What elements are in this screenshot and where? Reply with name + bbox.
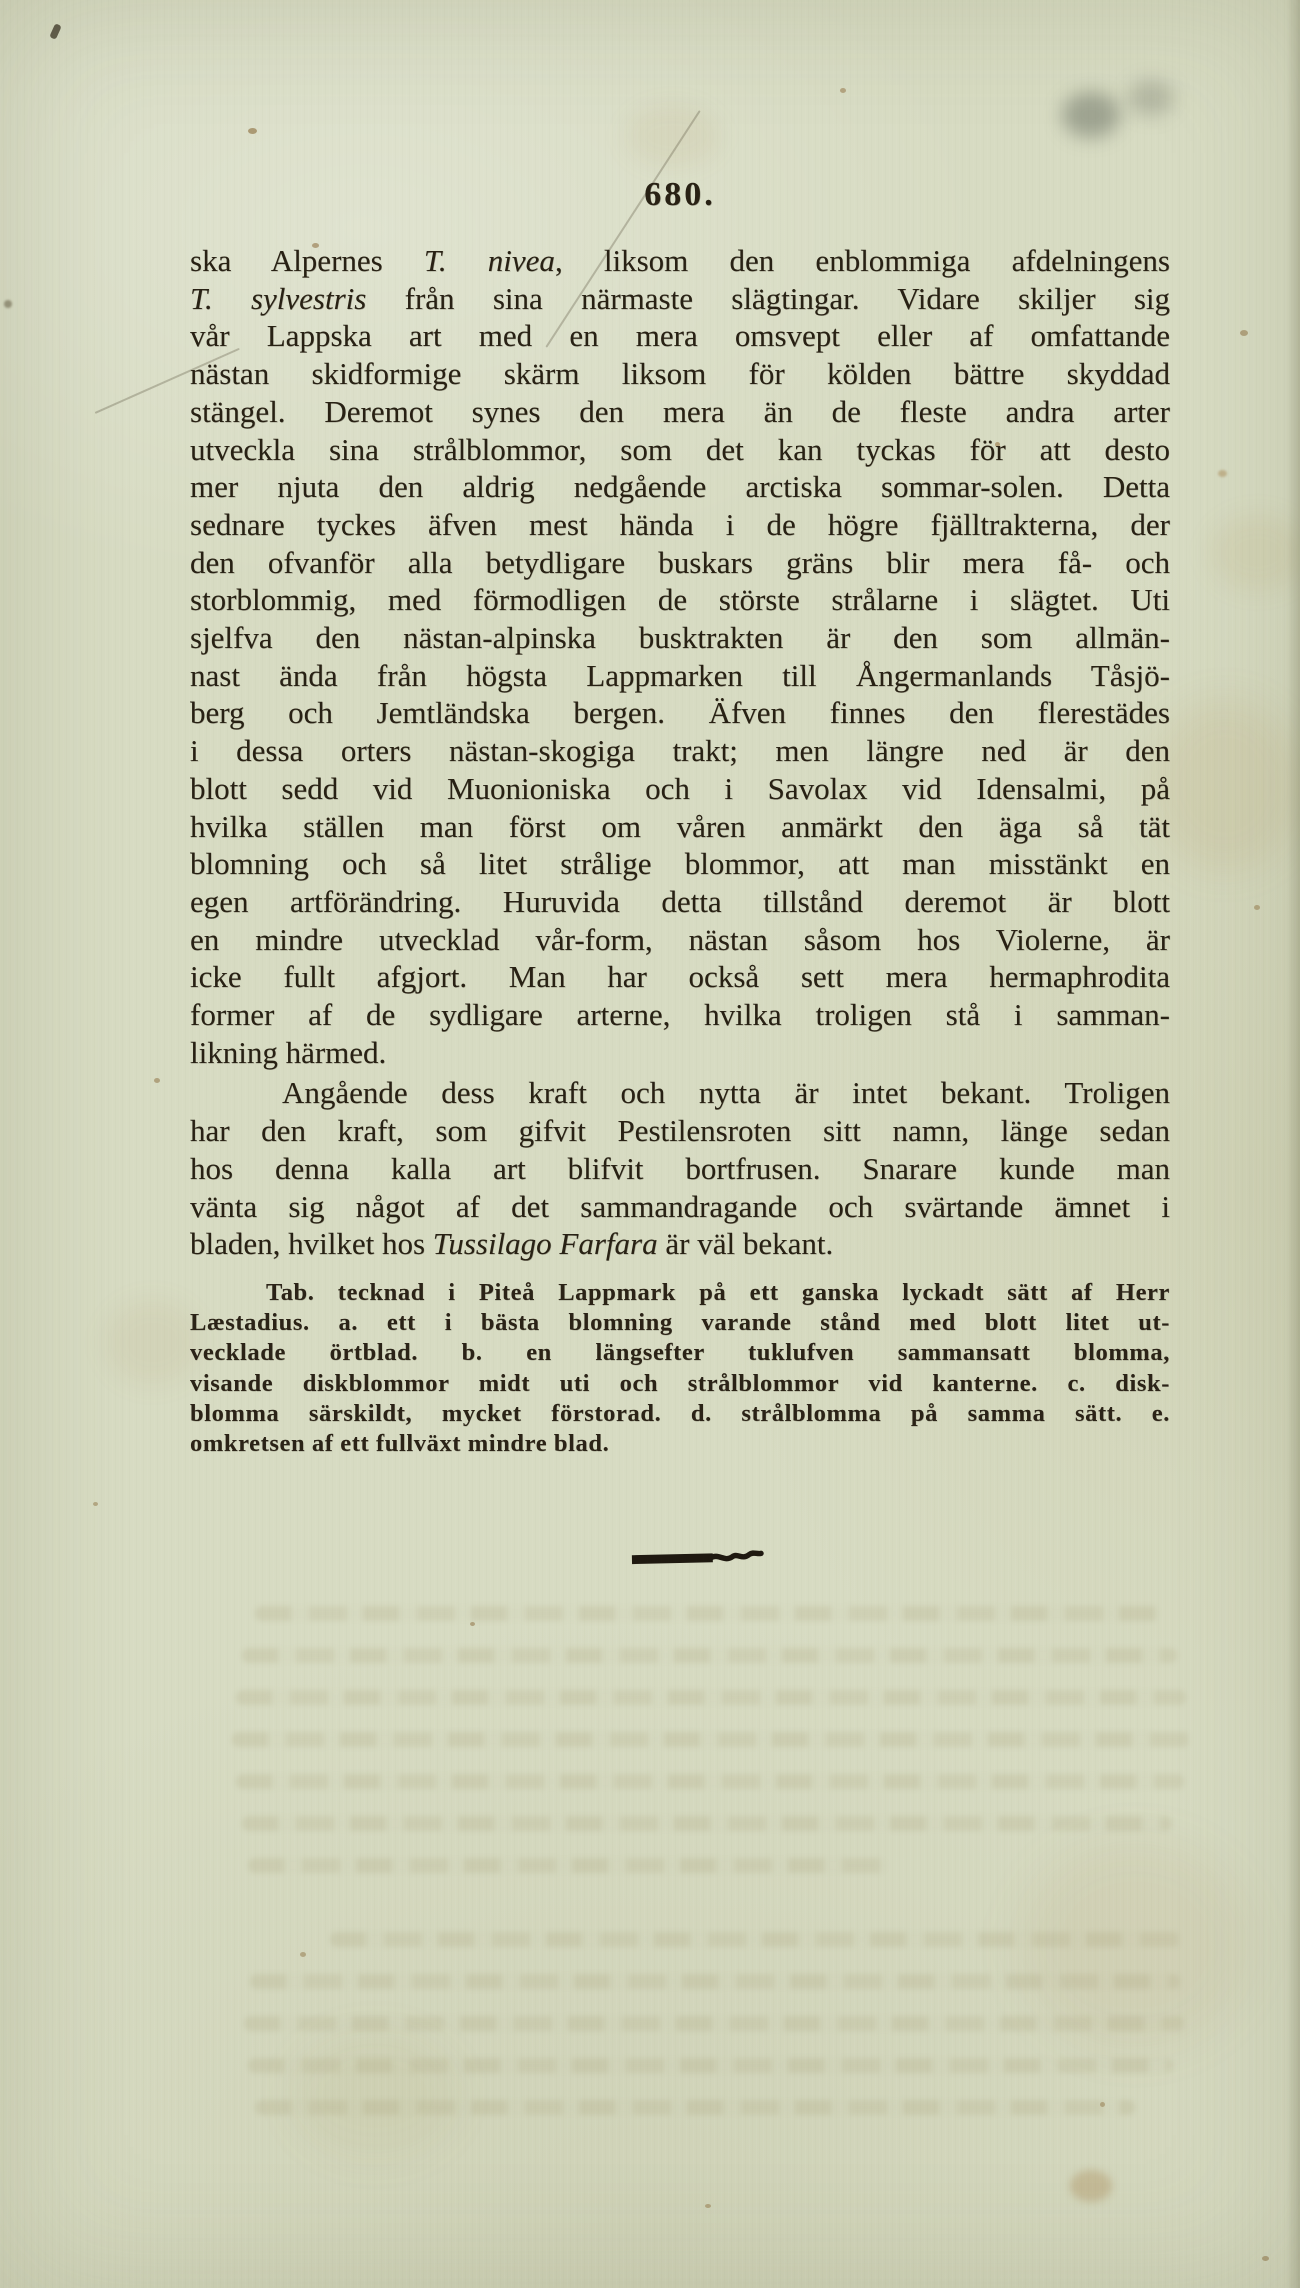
text-line: Tab. tecknad i Piteå Lappmark på ett gan…	[190, 1278, 1170, 1308]
text-line: Læstadius. a. ett i bästa blomning varan…	[190, 1308, 1170, 1338]
text-run: icke fullt afgjort. Man har också sett m…	[190, 959, 1170, 994]
text-line: omkretsen af ett fullväxt mindre blad.	[190, 1429, 1170, 1459]
paper-speck	[154, 1078, 160, 1083]
text-run: hos denna kalla art blifvit bortfrusen. …	[190, 1151, 1170, 1186]
text-line: visande diskblommor midt uti och strålbl…	[190, 1369, 1170, 1399]
text-run: storblommig, med förmodligen de störste …	[190, 582, 1170, 617]
text-line: berg och Jemtländska bergen. Äfven finne…	[190, 694, 1170, 732]
paper-speck	[705, 2204, 711, 2208]
text-run: likning härmed.	[190, 1035, 386, 1070]
foxing-stain	[1020, 1840, 1250, 2050]
text-run: från sina närmaste slägtingar. Vidare sk…	[366, 281, 1170, 316]
text-run: sednare tyckes äfven mest hända i de hög…	[190, 507, 1170, 542]
text-line: vår Lappska art med en mera omsvept elle…	[190, 317, 1170, 355]
ink-smudge	[1128, 80, 1174, 116]
text-run: nast ända från högsta Lappmarken till Ån…	[190, 658, 1170, 693]
text-run: Tab. tecknad i Piteå Lappmark på ett gan…	[266, 1279, 1170, 1306]
text-line: egen artförändring. Huruvida detta tills…	[190, 883, 1170, 921]
paragraph: Angående dess kraft och nytta är intet b…	[190, 1074, 1170, 1263]
text-line: Angående dess kraft och nytta är intet b…	[190, 1074, 1170, 1112]
text-run: Læstadius. a. ett i bästa blomning varan…	[190, 1309, 1170, 1336]
text-run: mer njuta den aldrig nedgående arctiska …	[190, 469, 1170, 504]
page-number: 680.	[190, 176, 1170, 214]
text-line: vänta sig något af det sammandragande oc…	[190, 1188, 1170, 1226]
book-page: 680. ska Alpernes T. nivea, liksom den e…	[0, 0, 1300, 2288]
text-line: likning härmed.	[190, 1034, 1170, 1072]
paper-speck	[1218, 470, 1227, 477]
text-line: blomning och så litet strålige blommor, …	[190, 845, 1170, 883]
foxing-stain	[1150, 700, 1300, 870]
paper-speck	[248, 128, 257, 134]
text-run: blomning och så litet strålige blommor, …	[190, 846, 1170, 881]
paper-speck	[1262, 2256, 1269, 2261]
paper-speck	[1240, 330, 1248, 336]
text-run: ska Alpernes	[190, 243, 424, 278]
text-run: vänta sig något af det sammandragande oc…	[190, 1189, 1170, 1224]
paper-speck	[840, 88, 846, 93]
text-line: blomma särskildt, mycket förstorad. d. s…	[190, 1399, 1170, 1429]
text-run: i dessa orters nästan-skogiga trakt; men…	[190, 733, 1170, 768]
figure-caption-note: Tab. tecknad i Piteå Lappmark på ett gan…	[190, 1278, 1170, 1459]
body-text: ska Alpernes T. nivea, liksom den enblom…	[190, 242, 1170, 1263]
text-run: blott sedd vid Muonioniska och i Savolax…	[190, 771, 1170, 806]
text-line: blott sedd vid Muonioniska och i Savolax…	[190, 770, 1170, 808]
paper-speck	[49, 23, 61, 40]
text-line: icke fullt afgjort. Man har också sett m…	[190, 958, 1170, 996]
text-line: en mindre utvecklad vår-form, nästan sås…	[190, 921, 1170, 959]
paper-speck	[93, 1502, 98, 1506]
foxing-stain	[625, 105, 720, 167]
text-run: hvilka ställen man först om våren anmärk…	[190, 809, 1170, 844]
text-line: ska Alpernes T. nivea, liksom den enblom…	[190, 242, 1170, 280]
text-run: visande diskblommor midt uti och strålbl…	[190, 1370, 1170, 1397]
text-line: vecklade örtblad. b. en längsefter tuklu…	[190, 1338, 1170, 1368]
text-run: är väl bekant.	[658, 1226, 834, 1261]
paper-speck	[1100, 2102, 1105, 2107]
species-name-italic: Tussilago Farfara	[433, 1226, 658, 1261]
paper-speck	[300, 1952, 306, 1957]
text-run: den ofvanför alla betydligare buskars gr…	[190, 545, 1170, 580]
page-edge-shadow	[1286, 0, 1300, 2288]
text-run: stängel. Deremot synes den mera än de fl…	[190, 394, 1170, 429]
paragraph: ska Alpernes T. nivea, liksom den enblom…	[190, 242, 1170, 1071]
text-line: sjelfva den nästan-alpinska busktrakten …	[190, 619, 1170, 657]
text-line: hvilka ställen man först om våren anmärk…	[190, 808, 1170, 846]
text-run: , liksom den enblommiga afdelningens	[555, 243, 1170, 278]
ink-smudge	[1062, 92, 1120, 138]
text-line: storblommig, med förmodligen de störste …	[190, 581, 1170, 619]
text-line: den ofvanför alla betydligare buskars gr…	[190, 544, 1170, 582]
paper-speck	[470, 1622, 475, 1626]
text-run: sjelfva den nästan-alpinska busktrakten …	[190, 620, 1170, 655]
text-line: har den kraft, som gifvit Pestilensroten…	[190, 1112, 1170, 1150]
paper-speck	[1254, 905, 1260, 910]
text-run: bladen, hvilket hos	[190, 1226, 433, 1261]
foxing-stain	[1070, 2170, 1112, 2202]
text-line: utveckla sina strålblommor, som det kan …	[190, 431, 1170, 469]
species-name-italic: T. sylvestris	[190, 281, 366, 316]
text-line: T. sylvestris från sina närmaste slägtin…	[190, 280, 1170, 318]
text-run: har den kraft, som gifvit Pestilensroten…	[190, 1113, 1170, 1148]
text-line: bladen, hvilket hos Tussilago Farfara är…	[190, 1225, 1170, 1263]
foxing-stain	[290, 2030, 460, 2160]
decorative-end-rule	[628, 1548, 766, 1567]
text-line: stängel. Deremot synes den mera än de fl…	[190, 393, 1170, 431]
text-line: hos denna kalla art blifvit bortfrusen. …	[190, 1150, 1170, 1188]
foxing-stain	[105, 1300, 200, 1385]
text-run: berg och Jemtländska bergen. Äfven finne…	[190, 695, 1170, 730]
text-line: sednare tyckes äfven mest hända i de hög…	[190, 506, 1170, 544]
paper-speck	[4, 300, 12, 308]
text-run: Angående dess kraft och nytta är intet b…	[282, 1075, 1170, 1110]
text-run: egen artförändring. Huruvida detta tills…	[190, 884, 1170, 919]
text-run: former af de sydligare arterne, hvilka t…	[190, 997, 1170, 1032]
text-line: i dessa orters nästan-skogiga trakt; men…	[190, 732, 1170, 770]
text-run: blomma särskildt, mycket förstorad. d. s…	[190, 1400, 1170, 1427]
species-name-italic: T. nivea	[424, 243, 555, 278]
text-run: nästan skidformige skärm liksom för köld…	[190, 356, 1170, 391]
text-run: vecklade örtblad. b. en längsefter tuklu…	[190, 1339, 1170, 1366]
text-line: mer njuta den aldrig nedgående arctiska …	[190, 468, 1170, 506]
text-run: utveckla sina strålblommor, som det kan …	[190, 432, 1170, 467]
text-line: nästan skidformige skärm liksom för köld…	[190, 355, 1170, 393]
text-line: former af de sydligare arterne, hvilka t…	[190, 996, 1170, 1034]
text-run: omkretsen af ett fullväxt mindre blad.	[190, 1430, 609, 1457]
text-run: en mindre utvecklad vår-form, nästan sås…	[190, 922, 1170, 957]
text-run: vår Lappska art med en mera omsvept elle…	[190, 318, 1170, 353]
text-line: nast ända från högsta Lappmarken till Ån…	[190, 657, 1170, 695]
